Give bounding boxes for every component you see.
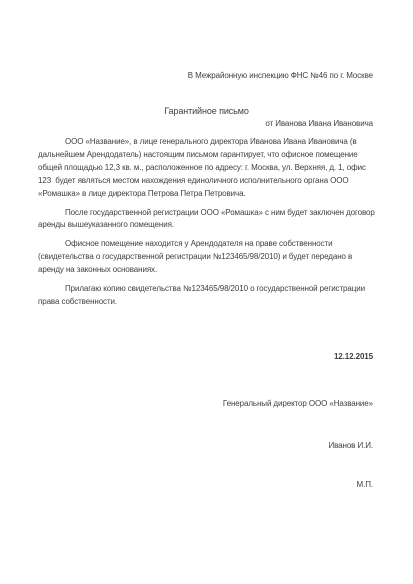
paragraph-1-line-3: общей площадью 12,3 кв. м., расположенно… (38, 162, 373, 175)
paragraph-2-line-2: аренды вышеуказанного помещения. (38, 219, 373, 232)
paragraph-4-line-2: права собственности. (38, 296, 373, 309)
paragraph-2-line-1: После государственной регистрации ООО «Р… (38, 207, 373, 220)
addressee-line: В Межрайонную инспекцию ФНС №46 по г. Мо… (188, 68, 373, 84)
paragraph-1-line-4: 123 будет являться местом нахождения еди… (38, 175, 373, 188)
signature-stamp: М.П. (223, 479, 373, 491)
paragraph-3-line-2: (свидетельства о государственной регистр… (38, 251, 373, 264)
paragraph-3-line-1: Офисное помещение находится у Арендодате… (38, 238, 373, 251)
paragraph-4: Прилагаю копию свидетельства №123465/98/… (38, 283, 373, 309)
signature-position: Генеральный директор ООО «Название» (223, 398, 373, 410)
signature-name: Иванов И.И. (223, 440, 373, 452)
paragraph-1-line-2: дальнейшем Арендодатель) настоящим письм… (38, 149, 373, 162)
paragraph-1-line-5: «Ромашка» в лице директора Петрова Петра… (38, 188, 373, 201)
signature-date: 12.12.2015 (223, 351, 373, 363)
paragraph-3-line-3: аренду на законных основаниях. (38, 264, 373, 277)
paragraph-2: После государственной регистрации ООО «Р… (38, 207, 373, 233)
paragraph-1-line-1: ООО «Название», в лице генерального дире… (38, 136, 373, 149)
letter-title: Гарантийное письмо (0, 105, 413, 117)
sender-line: от Иванова Ивана Ивановича (188, 116, 373, 132)
paragraph-1: ООО «Название», в лице генерального дире… (38, 136, 373, 201)
paragraph-4-line-1: Прилагаю копию свидетельства №123465/98/… (38, 283, 373, 296)
letter-body: ООО «Название», в лице генерального дире… (38, 136, 373, 315)
signature-block: 12.12.2015 Генеральный директор ООО «Наз… (223, 327, 373, 515)
letter-page: В Межрайонную инспекцию ФНС №46 по г. Мо… (0, 0, 413, 584)
paragraph-3: Офисное помещение находится у Арендодате… (38, 238, 373, 277)
